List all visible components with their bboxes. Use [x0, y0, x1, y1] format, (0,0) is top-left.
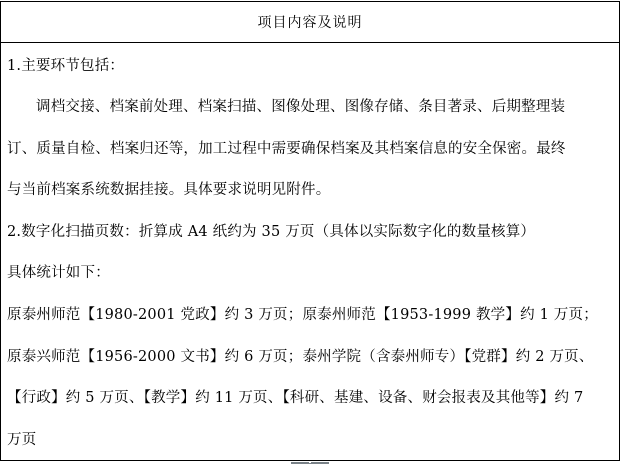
section-1-heading: 1.主要环节包括：	[7, 45, 615, 87]
statistics-line: 【行政】约 5 万页、【教学】约 11 万页、【科研、基建、设备、财会报表及其他…	[7, 378, 615, 420]
paragraph-line: 与当前档案系统数据挂接。具体要求说明见附件。	[7, 170, 615, 212]
project-content-table: 项目内容及说明 1.主要环节包括： 调档交接、档案前处理、档案扫描、图像处理、图…	[0, 1, 620, 461]
section-2-heading: 2.数字化扫描页数：折算成 A4 纸约为 35 万页（具体以实际数字化的数量核算…	[7, 212, 615, 254]
statistics-label: 具体统计如下：	[7, 253, 615, 295]
table-body: 1.主要环节包括： 调档交接、档案前处理、档案扫描、图像处理、图像存储、条目著录…	[1, 43, 619, 461]
statistics-line: 原泰兴师范【1956-2000 文书】约 6 万页；泰州学院（含泰州师专）【党群…	[7, 337, 615, 379]
table-header: 项目内容及说明	[1, 2, 619, 43]
paragraph-line: 订、质量自检、档案归还等，加工过程中需要确保档案及其档案信息的安全保密。最终	[7, 129, 615, 171]
statistics-line: 原泰州师范【1980-2001 党政】约 3 万页；原泰州师范【1953-199…	[7, 295, 615, 337]
statistics-line: 万页	[7, 420, 615, 462]
paragraph-line: 调档交接、档案前处理、档案扫描、图像处理、图像存储、条目著录、后期整理装	[7, 87, 615, 129]
table-header-title: 项目内容及说明	[258, 12, 363, 32]
page-marker-notch	[309, 462, 311, 463]
